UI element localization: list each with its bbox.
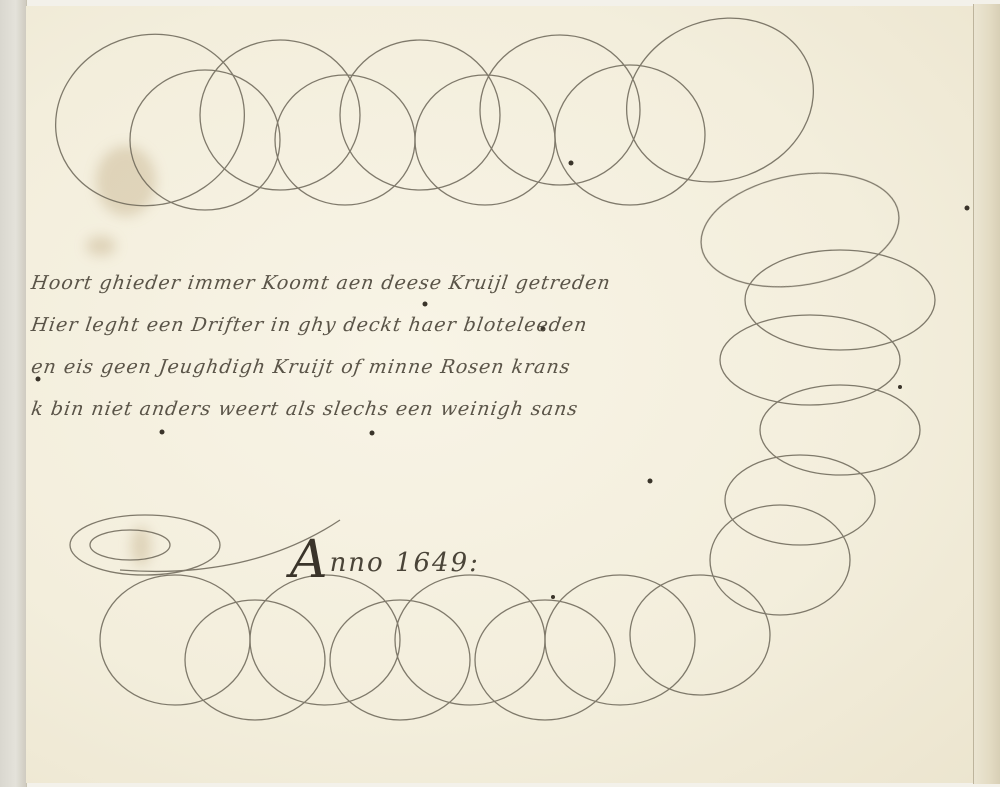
verse-line: en eis geen Jeughdigh Kruijt of minne Ro… bbox=[27, 356, 793, 398]
date-text: nno 1649: bbox=[330, 548, 480, 578]
verse-line: k bin niet anders weert als slechs een w… bbox=[27, 398, 793, 440]
verse-text: Hoort ghieder immer Koomt aen deese Krui… bbox=[30, 272, 790, 440]
date-line: Anno 1649: bbox=[290, 530, 480, 590]
verse-line: Hier leght een Drifter in ghy deckt haer… bbox=[27, 314, 793, 356]
verse-line: Hoort ghieder immer Koomt aen deese Krui… bbox=[27, 272, 793, 314]
date-initial: A bbox=[290, 530, 330, 590]
